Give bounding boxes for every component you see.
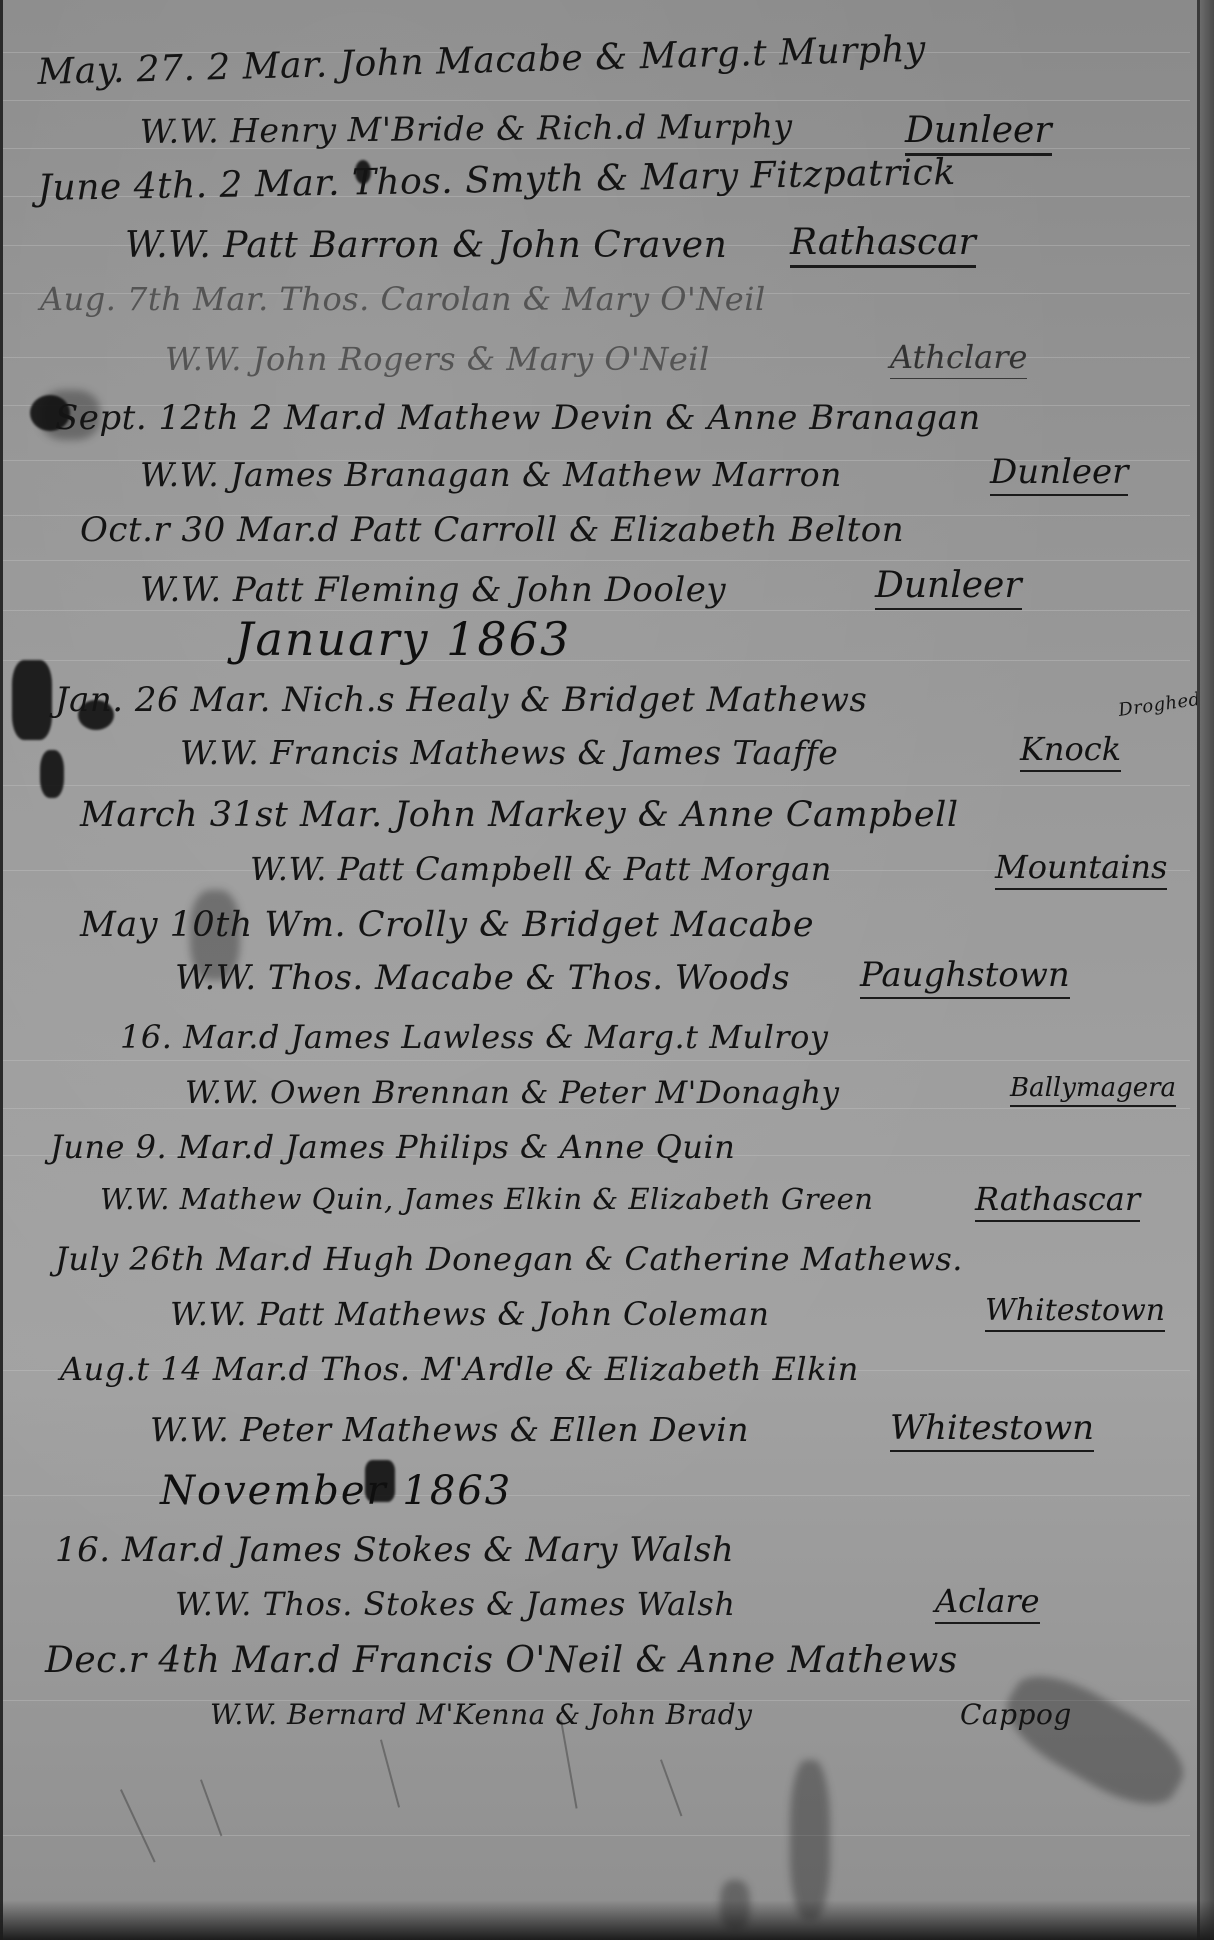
entry-witness-line: W.W. Thos. Macabe & Thos. Woods — [175, 958, 790, 998]
entry-witness-line: W.W. Patt Mathews & John Coleman — [170, 1295, 770, 1333]
entry-marriage-line: Dec.r 4th Mar.d Francis O'Neil & Anne Ma… — [45, 1640, 958, 1681]
entry-townland: Aclare — [935, 1582, 1040, 1624]
ruled-line — [0, 660, 1190, 661]
entry-townland: Whitestown — [985, 1293, 1165, 1332]
ruled-line — [0, 1835, 1190, 1836]
ink-smear — [993, 1658, 1198, 1822]
entry-marriage-line: Sept. 12th 2 Mar.d Mathew Devin & Anne B… — [55, 398, 981, 438]
entry-marriage-line: Aug. 7th Mar. Thos. Carolan & Mary O'Nei… — [40, 280, 766, 318]
margin-rule — [1197, 0, 1200, 1940]
entry-witness-line: W.W. James Branagan & Mathew Marron — [140, 455, 842, 494]
entry-marriage-line: Aug.t 14 Mar.d Thos. M'Ardle & Elizabeth… — [60, 1350, 859, 1388]
entry-marriage-line: Oct.r 30 Mar.d Patt Carroll & Elizabeth … — [80, 510, 904, 550]
entry-witness-line: W.W. Patt Campbell & Patt Morgan — [250, 850, 832, 888]
ruled-line — [0, 610, 1190, 611]
entry-townland: Mountains — [995, 848, 1167, 890]
entry-townland: Rathascar — [790, 222, 976, 268]
entry-marriage-line: March 31st Mar. John Markey & Anne Campb… — [80, 795, 959, 835]
entry-marriage-line: July 26th Mar.d Hugh Donegan & Catherine… — [55, 1240, 963, 1278]
entry-marriage-line: June 4th. 2 Mar. Thos. Smyth & Mary Fitz… — [37, 152, 956, 209]
ink-smear — [790, 1760, 830, 1920]
entry-marriage-line: May 10th Wm. Crolly & Bridget Macabe — [80, 905, 814, 945]
entry-witness-line: W.W. Owen Brennan & Peter M'Donaghy — [185, 1075, 840, 1111]
page-bottom-shadow — [0, 1900, 1214, 1940]
entry-witness-line: W.W. Francis Mathews & James Taaffe — [180, 733, 838, 772]
ruled-line — [0, 560, 1190, 561]
entry-witness-line: W.W. John Rogers & Mary O'Neil — [165, 340, 710, 378]
entry-townland: Athclare — [890, 338, 1027, 379]
entry-marriage-line: Jan. 26 Mar. Nich.s Healy & Bridget Math… — [55, 680, 867, 720]
entry-witness-line: W.W. Peter Mathews & Ellen Devin — [150, 1410, 749, 1449]
entry-townland: Dunleer — [990, 452, 1128, 496]
entry-townland: Ballymagera — [1010, 1073, 1176, 1107]
bleed-through — [560, 1720, 578, 1809]
bleed-through — [120, 1789, 156, 1862]
entry-witness-line: W.W. Patt Barron & John Craven — [125, 225, 727, 266]
entry-witness-line: W.W. Henry M'Bride & Rich.d Murphy — [140, 106, 793, 151]
bleed-through — [660, 1759, 682, 1816]
bleed-through — [380, 1739, 400, 1807]
bleed-through — [200, 1779, 222, 1836]
ink-blot — [12, 660, 52, 740]
entry-townland: Whitestown — [890, 1408, 1094, 1452]
entry-townland: Rathascar — [975, 1180, 1140, 1222]
entry-witness-line: W.W. Thos. Stokes & James Walsh — [175, 1585, 735, 1623]
page-left-edge — [0, 0, 3, 1940]
ruled-line — [0, 1060, 1190, 1061]
entry-townland: Dunleer — [875, 565, 1022, 610]
register-page: May. 27. 2 Mar. John Macabe & Marg.t Mur… — [0, 0, 1214, 1940]
entry-marriage-line: 16. Mar.d James Stokes & Mary Walsh — [55, 1530, 734, 1570]
ruled-line — [0, 100, 1190, 101]
entry-townland: Paughstown — [860, 955, 1070, 999]
entry-marriage-line: 16. Mar.d James Lawless & Marg.t Mulroy — [120, 1018, 828, 1056]
month-heading: November 1863 — [160, 1468, 512, 1514]
entry-townland: Cappog — [960, 1698, 1072, 1731]
page-gutter — [1200, 0, 1214, 1940]
year-heading: January 1863 — [235, 612, 571, 666]
ruled-line — [0, 785, 1190, 786]
entry-marriage-line: May. 27. 2 Mar. John Macabe & Marg.t Mur… — [37, 29, 926, 93]
entry-witness-line: W.W. Bernard M'Kenna & John Brady — [210, 1698, 752, 1731]
ink-blot — [40, 750, 64, 798]
entry-marriage-line: June 9. Mar.d James Philips & Anne Quin — [50, 1128, 735, 1166]
entry-witness-line: W.W. Mathew Quin, James Elkin & Elizabet… — [100, 1182, 873, 1216]
entry-townland: Dunleer — [905, 110, 1052, 156]
entry-townland: Knock — [1020, 730, 1121, 772]
entry-witness-line: W.W. Patt Fleming & John Dooley — [140, 570, 726, 610]
